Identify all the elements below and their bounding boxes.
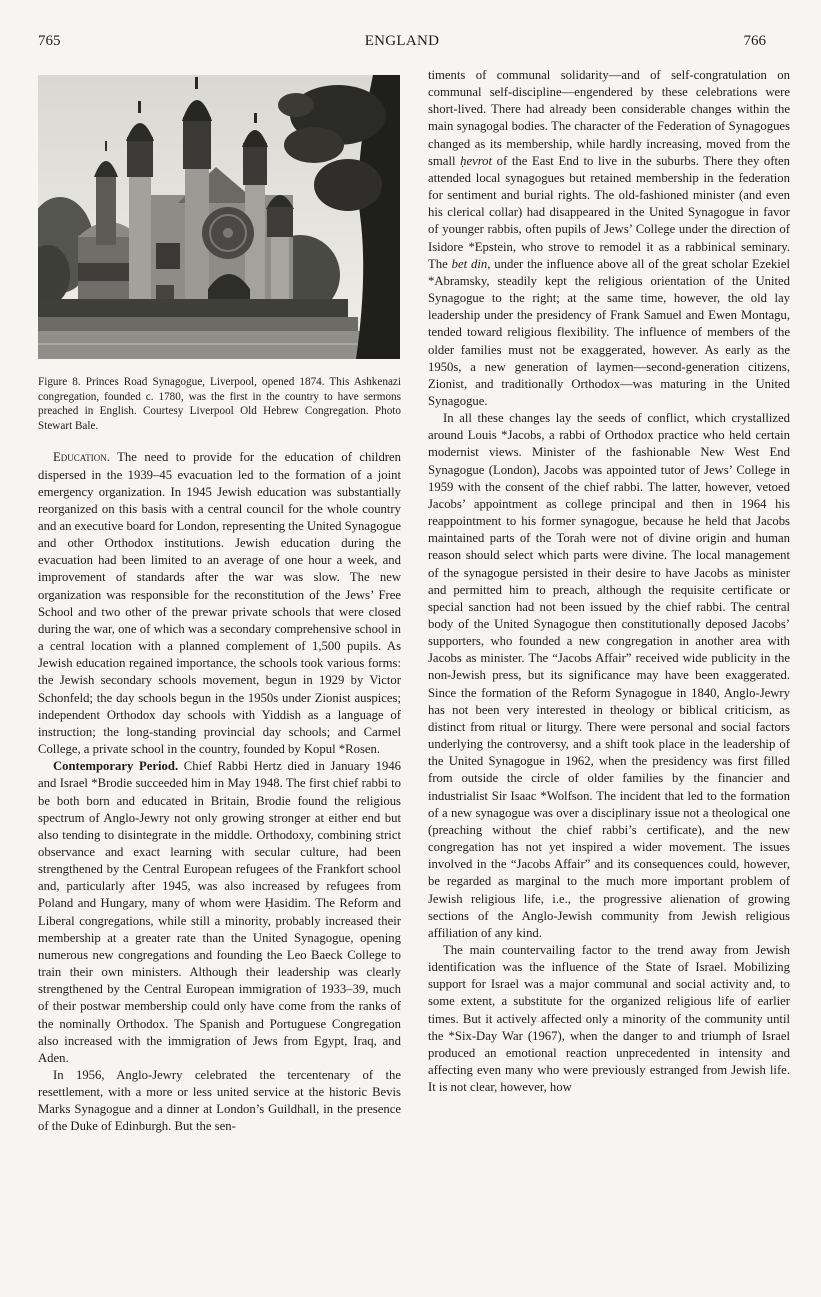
- text-span: of the East End to live in the suburbs. …: [428, 154, 790, 271]
- section-heading-contemporary-period: Contemporary Period.: [53, 759, 178, 773]
- running-head: 765 ENGLAND 766: [38, 33, 766, 53]
- text-span: under the influence above all of the gre…: [428, 257, 790, 408]
- left-column: Figure 8. Princes Road Synagogue, Liverp…: [38, 67, 401, 1136]
- jacobs-affair-paragraph: In all these changes lay the seeds of co…: [428, 410, 790, 942]
- contemporary-period-text: Chief Rabbi Hertz died in January 1946 a…: [38, 759, 401, 1065]
- section-runin-education: Education.: [53, 450, 110, 464]
- tercentenary-paragraph: In 1956, Anglo-Jewry celebrated the terc…: [38, 1067, 401, 1136]
- synagogue-photo: [38, 75, 400, 359]
- state-of-israel-paragraph: The main countervailing factor to the tr…: [428, 942, 790, 1096]
- italic-term-hevrot: ḥevrot: [460, 154, 492, 168]
- education-text: The need to provide for the education of…: [38, 450, 401, 756]
- page-number-right: 766: [744, 33, 767, 50]
- right-column: timents of communal solidarity—and of se…: [428, 67, 790, 1096]
- contemporary-period-paragraph: Contemporary Period. Chief Rabbi Hertz d…: [38, 758, 401, 1067]
- education-paragraph: Education. The need to provide for the e…: [38, 449, 401, 758]
- page-title: ENGLAND: [38, 33, 766, 50]
- continued-paragraph: timents of communal solidarity—and of se…: [428, 67, 790, 410]
- italic-term-bet-din: bet din,: [452, 257, 491, 271]
- figure-caption: Figure 8. Princes Road Synagogue, Liverp…: [38, 375, 401, 433]
- photo-illustration-icon: [38, 75, 400, 359]
